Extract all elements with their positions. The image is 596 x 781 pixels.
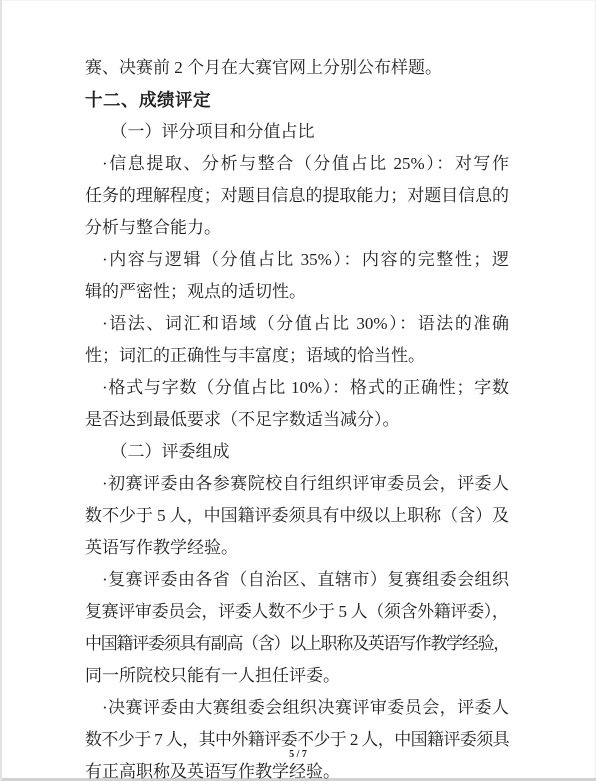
text-line: 分析与整合能力。: [85, 212, 509, 244]
text-line: 英语写作教学经验。: [85, 532, 509, 564]
text-line: 赛、决赛前 2 个月在大赛官网上分别公布样题。: [85, 52, 509, 84]
text-line: 同一所院校只能有一人担任评委。: [85, 660, 509, 692]
text-line: 辑的严密性；观点的适切性。: [85, 276, 509, 308]
text-line: （二）评委组成: [85, 436, 509, 468]
text-line: ·语法、词汇和语域（分值占比 30%）：语法的准确: [85, 308, 509, 340]
document-body: 赛、决赛前 2 个月在大赛官网上分别公布样题。十二、成绩评定（一）评分项目和分值…: [85, 52, 509, 781]
text-line: 任务的理解程度；对题目信息的提取能力；对题目信息的: [85, 180, 509, 212]
text-line: （一）评分项目和分值占比: [85, 116, 509, 148]
text-line: ·决赛评委由大赛组委会组织决赛评审委员会，评委人: [85, 692, 509, 724]
text-line: 复赛评审委员会，评委人数不少于 5 人（须含外籍评委），: [85, 596, 509, 628]
text-line: ·内容与逻辑（分值占比 35%）：内容的完整性；逻: [85, 244, 509, 276]
text-line: 中国籍评委须具有副高（含）以上职称及英语写作教学经验，: [85, 628, 509, 660]
section-heading: 十二、成绩评定: [85, 84, 509, 116]
text-line: ·格式与字数（分值占比 10%）：格式的正确性；字数: [85, 372, 509, 404]
text-line: ·信息提取、分析与整合（分值占比 25%）：对写作: [85, 148, 509, 180]
text-line: ·初赛评委由各参赛院校自行组织评审委员会，评委人: [85, 468, 509, 500]
text-line: ·复赛评委由各省（自治区、直辖市）复赛组委会组织: [85, 564, 509, 596]
text-line: 是否达到最低要求（不足字数适当减分）。: [85, 404, 509, 436]
text-line: 性；词汇的正确性与丰富度；语域的恰当性。: [85, 340, 509, 372]
page-number: 5 / 7: [0, 748, 596, 762]
text-line: 数不少于 5 人，中国籍评委须具有中级以上职称（含）及: [85, 500, 509, 532]
document-page: 赛、决赛前 2 个月在大赛官网上分别公布样题。十二、成绩评定（一）评分项目和分值…: [0, 0, 596, 781]
